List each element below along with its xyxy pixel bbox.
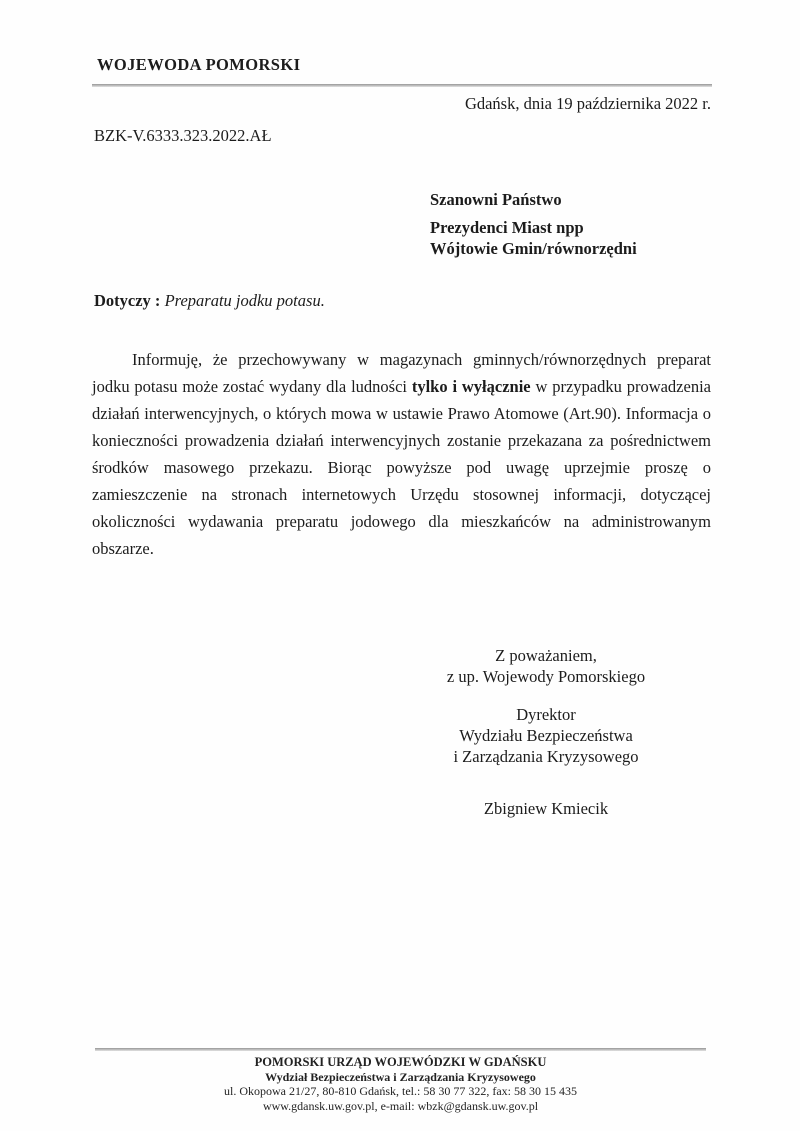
signatory-title: Wydziału Bezpieczeństwa <box>390 725 702 746</box>
letter-page: WOJEWODA POMORSKI Gdańsk, dnia 19 paździ… <box>0 0 800 1131</box>
signatory-title: Dyrektor <box>390 704 702 725</box>
footer-rule <box>95 1048 706 1051</box>
recipient-line: Wójtowie Gmin/równorzędni <box>430 238 637 259</box>
signatory-title: i Zarządzania Kryzysowego <box>390 746 702 767</box>
footer-web-email: www.gdansk.uw.gov.pl, e-mail: wbzk@gdans… <box>95 1099 706 1114</box>
footer-address: ul. Okopowa 21/27, 80-810 Gdańsk, tel.: … <box>95 1084 706 1099</box>
footer: POMORSKI URZĄD WOJEWÓDZKI W GDAŃSKU Wydz… <box>95 1055 706 1113</box>
recipient-block: Szanowni Państwo Prezydenci Miast npp Wó… <box>430 189 637 259</box>
closing-regards: Z poważaniem, <box>390 645 702 666</box>
closing-authority: z up. Wojewody Pomorskiego <box>390 666 702 687</box>
header-rule <box>92 84 712 87</box>
body-paragraph: Informuję, że przechowywany w magazynach… <box>92 346 711 562</box>
reference-number: BZK-V.6333.323.2022.AŁ <box>94 126 272 146</box>
recipient-salutation: Szanowni Państwo <box>430 189 637 210</box>
body-text: w przypadku prowadzenia działań interwen… <box>92 377 711 558</box>
signatory-name: Zbigniew Kmiecik <box>390 798 702 819</box>
footer-organization: POMORSKI URZĄD WOJEWÓDZKI W GDAŃSKU <box>95 1055 706 1070</box>
body-text-bold: tylko i wyłącznie <box>412 377 531 396</box>
subject-label: Dotyczy : <box>94 291 160 310</box>
footer-department: Wydział Bezpieczeństwa i Zarządzania Kry… <box>95 1070 706 1085</box>
signatory-title-block: Dyrektor Wydziału Bezpieczeństwa i Zarzą… <box>390 704 702 767</box>
closing-block: Z poważaniem, z up. Wojewody Pomorskiego… <box>390 645 702 819</box>
date-line: Gdańsk, dnia 19 października 2022 r. <box>92 94 711 114</box>
subject-value: Preparatu jodku potasu. <box>165 291 325 310</box>
recipient-line: Prezydenci Miast npp <box>430 217 637 238</box>
sender-name: WOJEWODA POMORSKI <box>97 55 300 75</box>
subject-line: Dotyczy : Preparatu jodku potasu. <box>94 291 325 311</box>
